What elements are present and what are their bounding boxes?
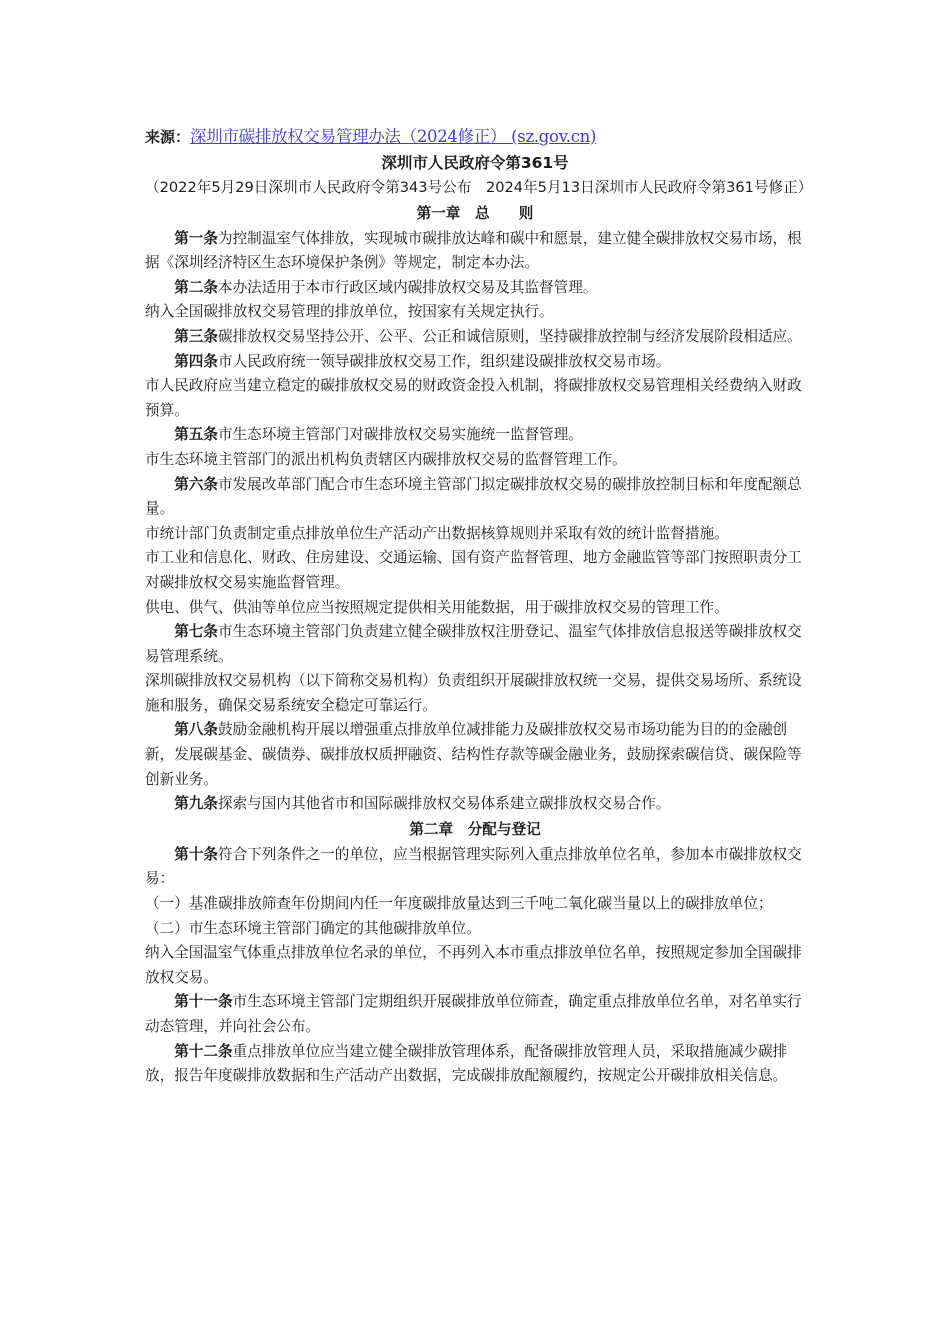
article-number: 第六条 [174,476,218,493]
article-paragraph: 第十条符合下列条件之一的单位，应当根据管理实际列入重点排放单位名单，参加本市碳排… [145,843,805,892]
chapter-heading-text: 第一章 总 则 [417,205,534,222]
sub-paragraph: 市生态环境主管部门的派出机构负责辖区内碳排放权交易的监督管理工作。 [145,448,805,473]
article-number: 第八条 [174,721,218,738]
article-number: 第一条 [174,230,218,247]
sub-paragraph: 供电、供气、供油等单位应当按照规定提供相关用能数据，用于碳排放权交易的管理工作。 [145,596,805,621]
article-paragraph: 第七条市生态环境主管部门负责建立健全碳排放权注册登记、温室气体排放信息报送等碳排… [145,620,805,669]
article-text: 符合下列条件之一的单位，应当根据管理实际列入重点排放单位名单，参加本市碳排放权交… [145,846,802,888]
sub-paragraph: 纳入全国温室气体重点排放单位名录的单位，不再列入本市重点排放单位名单，按照规定参… [145,941,805,990]
article-number: 第五条 [174,426,218,443]
article-paragraph: 第十一条市生态环境主管部门定期组织开展碳排放单位筛查，确定重点排放单位名单，对名… [145,990,805,1039]
source-label: 来源： [145,128,190,146]
article-paragraph: 第四条市人民政府统一领导碳排放权交易工作，组织建设碳排放权交易市场。 [145,350,805,375]
article-number: 第二条 [174,279,218,296]
article-number: 第四条 [174,353,218,370]
source-link[interactable]: 深圳市碳排放权交易管理办法（2024修正） (sz.gov.cn) [190,127,596,146]
article-number: 第十条 [174,846,218,863]
decree-note: （2022年5月29日深圳市人民政府令第343号公布 2024年5月13日深圳市… [145,176,805,201]
article-text: 重点排放单位应当建立健全碳排放管理体系，配备碳排放管理人员，采取措施减少碳排放，… [145,1043,787,1085]
sub-paragraph: 市人民政府应当建立稳定的碳排放权交易的财政资金投入机制，将碳排放权交易管理相关经… [145,374,805,423]
article-text: 探索与国内其他省市和国际碳排放权交易体系建立碳排放权交易合作。 [218,795,670,812]
article-number: 第九条 [174,795,218,812]
sub-paragraph: 市统计部门负责制定重点排放单位生产活动产出数据核算规则并采取有效的统计监督措施。 [145,522,805,547]
decree-title: 深圳市人民政府令第361号 [145,150,805,176]
article-text: 碳排放权交易坚持公开、公平、公正和诚信原则，坚持碳排放控制与经济发展阶段相适应。 [218,328,802,345]
article-paragraph: 第六条市发展改革部门配合市生态环境主管部门拟定碳排放权交易的碳排放控制目标和年度… [145,473,805,522]
sub-paragraph: （二）市生态环境主管部门确定的其他碳排放单位。 [145,917,805,942]
article-paragraph: 第八条鼓励金融机构开展以增强重点排放单位减排能力及碳排放权交易市场功能为目的的金… [145,718,805,792]
article-paragraph: 第二条本办法适用于本市行政区域内碳排放权交易及其监督管理。 [145,276,805,301]
article-paragraph: 第三条碳排放权交易坚持公开、公平、公正和诚信原则，坚持碳排放控制与经济发展阶段相… [145,325,805,350]
article-text: 鼓励金融机构开展以增强重点排放单位减排能力及碳排放权交易市场功能为目的的金融创新… [145,721,802,787]
article-text: 为控制温室气体排放，实现城市碳排放达峰和碳中和愿景，建立健全碳排放权交易市场，根… [145,230,802,272]
article-number: 第十一条 [174,993,232,1010]
article-text: 市人民政府统一领导碳排放权交易工作，组织建设碳排放权交易市场。 [218,353,670,370]
chapter-heading: 第二章 分配与登记 [145,817,805,843]
article-number: 第十二条 [174,1043,232,1060]
chapters-container: 第一章 总 则第一条为控制温室气体排放，实现城市碳排放达峰和碳中和愿景，建立健全… [145,201,805,1089]
article-text: 本办法适用于本市行政区域内碳排放权交易及其监督管理。 [218,279,597,296]
article-text: 市生态环境主管部门定期组织开展碳排放单位筛查，确定重点排放单位名单，对名单实行动… [145,993,802,1035]
document-page: 来源：深圳市碳排放权交易管理办法（2024修正） (sz.gov.cn) 深圳市… [145,124,805,1089]
sub-paragraph: 深圳碳排放权交易机构（以下简称交易机构）负责组织开展碳排放权统一交易，提供交易场… [145,669,805,718]
article-text: 市生态环境主管部门对碳排放权交易实施统一监督管理。 [218,426,583,443]
sub-paragraph: 纳入全国碳排放权交易管理的排放单位，按国家有关规定执行。 [145,300,805,325]
article-number: 第三条 [174,328,218,345]
article-text: 市生态环境主管部门负责建立健全碳排放权注册登记、温室气体排放信息报送等碳排放权交… [145,623,802,665]
chapter-heading: 第一章 总 则 [145,201,805,227]
article-paragraph: 第五条市生态环境主管部门对碳排放权交易实施统一监督管理。 [145,423,805,448]
sub-paragraph: （一）基准碳排放筛查年份期间内任一年度碳排放量达到三千吨二氧化碳当量以上的碳排放… [145,892,805,917]
source-line: 来源：深圳市碳排放权交易管理办法（2024修正） (sz.gov.cn) [145,124,805,150]
article-paragraph: 第九条探索与国内其他省市和国际碳排放权交易体系建立碳排放权交易合作。 [145,792,805,817]
article-paragraph: 第十二条重点排放单位应当建立健全碳排放管理体系，配备碳排放管理人员，采取措施减少… [145,1040,805,1089]
article-paragraph: 第一条为控制温室气体排放，实现城市碳排放达峰和碳中和愿景，建立健全碳排放权交易市… [145,227,805,276]
chapter-heading-text: 第二章 分配与登记 [409,821,540,838]
article-text: 市发展改革部门配合市生态环境主管部门拟定碳排放权交易的碳排放控制目标和年度配额总… [145,476,802,518]
sub-paragraph: 市工业和信息化、财政、住房建设、交通运输、国有资产监督管理、地方金融监管等部门按… [145,546,805,595]
article-number: 第七条 [174,623,218,640]
